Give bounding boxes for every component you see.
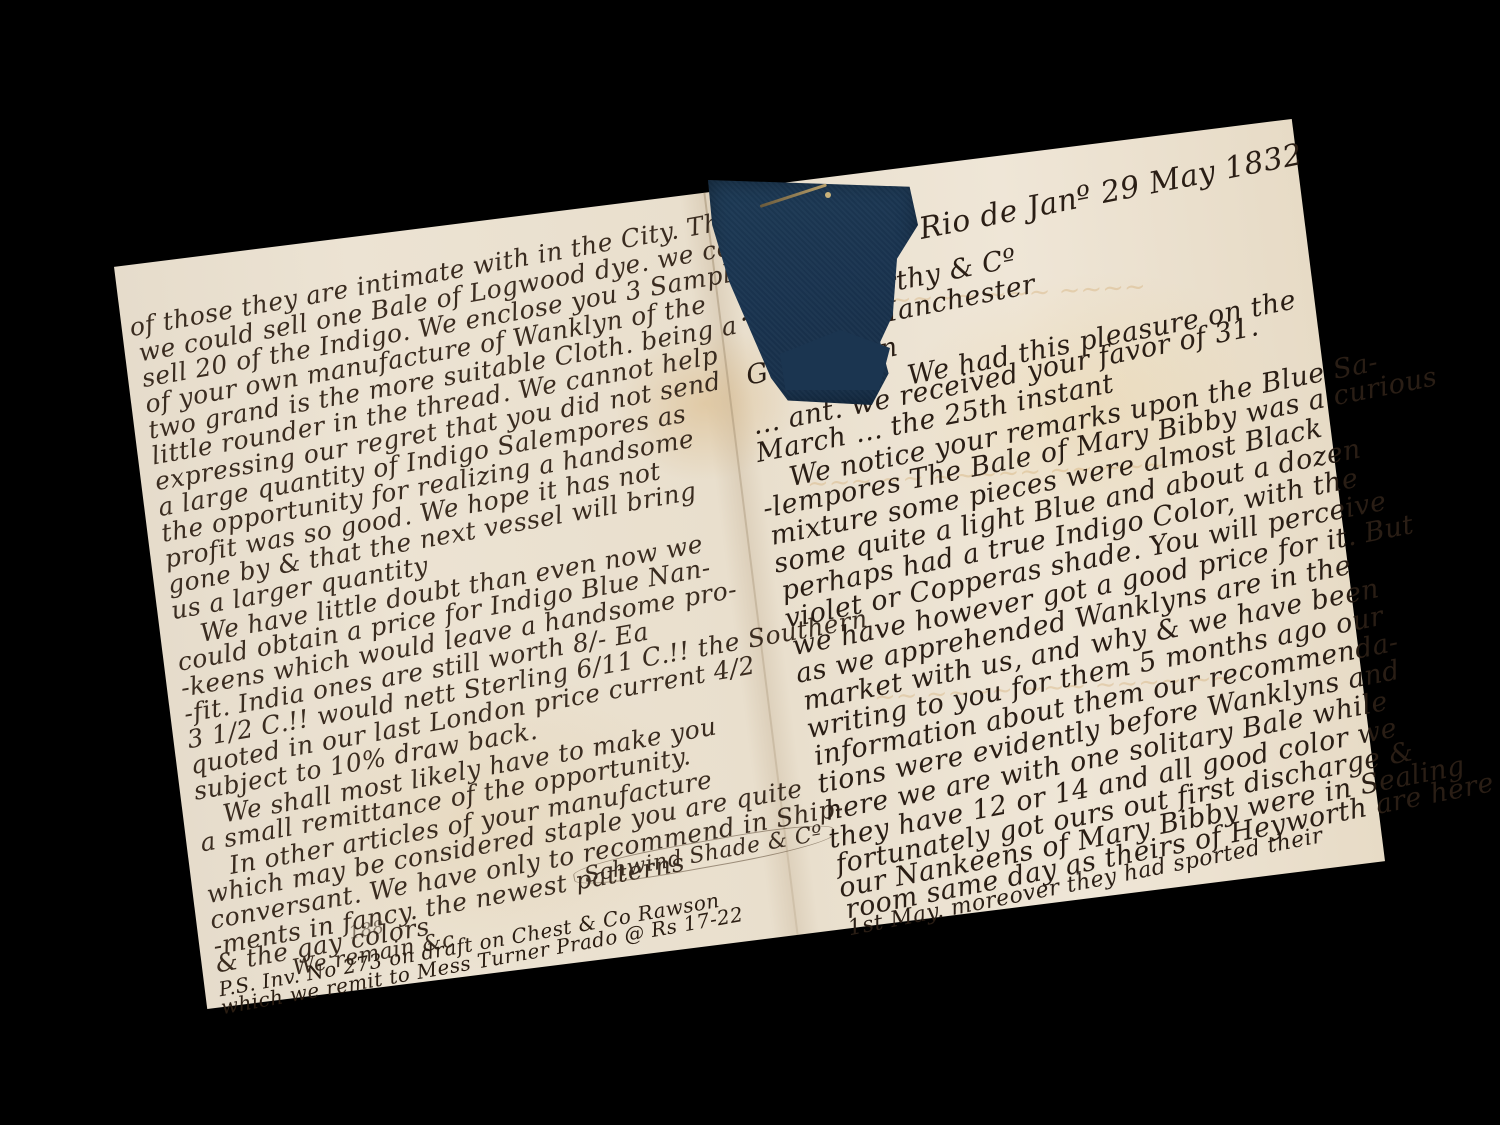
pin-head-icon bbox=[825, 192, 831, 198]
left-page: of those they are intimate with in the C… bbox=[114, 193, 796, 1009]
place-date: Rio de Janº 29 May 1832 bbox=[915, 137, 1304, 247]
